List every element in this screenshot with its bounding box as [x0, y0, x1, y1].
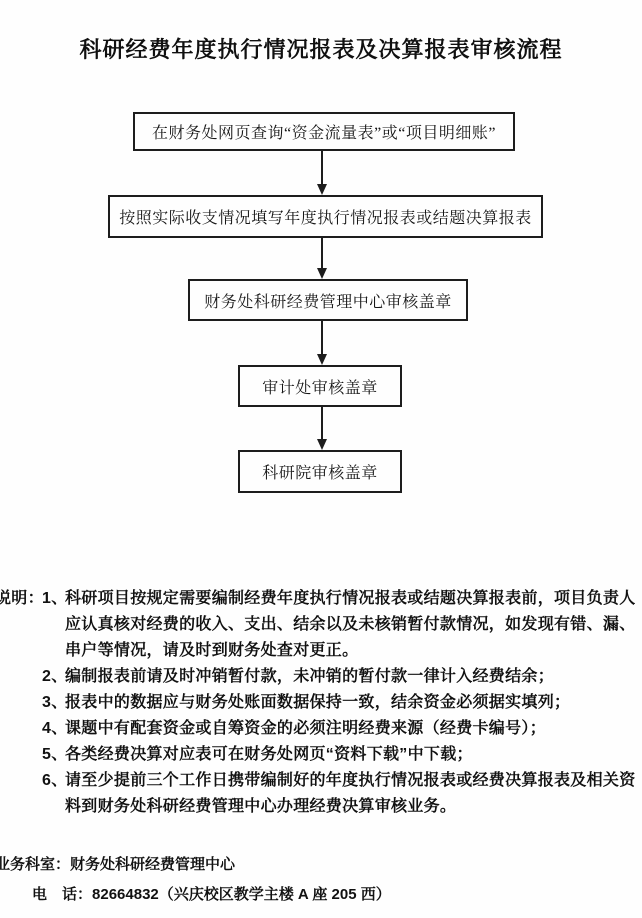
note-item: 3、 报表中的数据应与财务处账面数据保持一致，结余资金必须据实填列； [0, 690, 642, 716]
note-number: 1、 [42, 586, 68, 612]
note-text: 科研项目按规定需要编制经费年度执行情况报表或结题决算报表前，项目负责人应认真核对… [65, 590, 636, 659]
office-value: 财务处科研经费管理中心 [70, 856, 235, 873]
note-text: 报表中的数据应与财务处账面数据保持一致，结余资金必须据实填列； [65, 694, 570, 711]
office-label: 业务科室： [0, 856, 70, 873]
note-item: 5、 各类经费决算对应表可在财务处网页“资料下载”中下载； [0, 742, 642, 768]
contact-section: 业务科室：财务处科研经费管理中心 电 话：82664832（兴庆校区教学主楼 A… [0, 850, 642, 910]
office-row: 业务科室：财务处科研经费管理中心 [0, 850, 642, 880]
flow-step-label: 财务处科研经费管理中心审核盖章 [204, 289, 452, 312]
flow-step-query-funds-statement: 在财务处网页查询“资金流量表”或“项目明细账” [133, 112, 515, 151]
note-text: 各类经费决算对应表可在财务处网页“资料下载”中下载； [65, 746, 473, 763]
flow-step-research-institute-stamp: 科研院审核盖章 [238, 450, 402, 493]
flow-step-fill-report: 按照实际收支情况填写年度执行情况报表或结题决算报表 [108, 195, 543, 238]
phone-row: 电 话：82664832（兴庆校区教学主楼 A 座 205 西） [0, 880, 642, 910]
note-item: 4、 课题中有配套资金或自筹资金的必须注明经费来源（经费卡编号）； [0, 716, 642, 742]
flow-step-label: 审计处审核盖章 [262, 375, 378, 398]
note-text: 课题中有配套资金或自筹资金的必须注明经费来源（经费卡编号）； [65, 720, 546, 737]
notes-section: 说明： 1、 科研项目按规定需要编制经费年度执行情况报表或结题决算报表前，项目负… [0, 586, 642, 820]
notes-label: 说明： [0, 586, 44, 612]
flow-step-audit-office-stamp: 审计处审核盖章 [238, 365, 402, 407]
arrow-down-icon [317, 321, 327, 365]
arrow-down-icon [317, 151, 327, 195]
flow-step-label: 按照实际收支情况填写年度执行情况报表或结题决算报表 [119, 205, 532, 228]
note-text: 请至少提前三个工作日携带编制好的年度执行情况报表或经费决算报表及相关资料到财务处… [65, 772, 636, 815]
note-number: 5、 [42, 742, 68, 768]
arrow-down-icon [317, 407, 327, 450]
flow-step-label: 科研院审核盖章 [262, 460, 378, 483]
note-number: 4、 [42, 716, 68, 742]
phone-value: 82664832（兴庆校区教学主楼 A 座 205 西） [92, 886, 391, 903]
page-title: 科研经费年度执行情况报表及决算报表审核流程 [0, 33, 642, 64]
note-item: 说明： 1、 科研项目按规定需要编制经费年度执行情况报表或结题决算报表前，项目负… [0, 586, 642, 664]
flow-step-label: 在财务处网页查询“资金流量表”或“项目明细账” [152, 120, 496, 143]
note-number: 2、 [42, 664, 68, 690]
flow-step-finance-center-stamp: 财务处科研经费管理中心审核盖章 [188, 279, 468, 321]
note-item: 6、 请至少提前三个工作日携带编制好的年度执行情况报表或经费决算报表及相关资料到… [0, 768, 642, 820]
note-item: 2、 编制报表前请及时冲销暂付款，未冲销的暂付款一律计入经费结余； [0, 664, 642, 690]
document-page: 科研经费年度执行情况报表及决算报表审核流程 在财务处网页查询“资金流量表”或“项… [0, 0, 642, 918]
arrow-down-icon [317, 238, 327, 279]
note-number: 6、 [42, 768, 68, 794]
note-text: 编制报表前请及时冲销暂付款，未冲销的暂付款一律计入经费结余； [65, 668, 554, 685]
phone-label: 电 话： [32, 886, 92, 903]
note-number: 3、 [42, 690, 68, 716]
